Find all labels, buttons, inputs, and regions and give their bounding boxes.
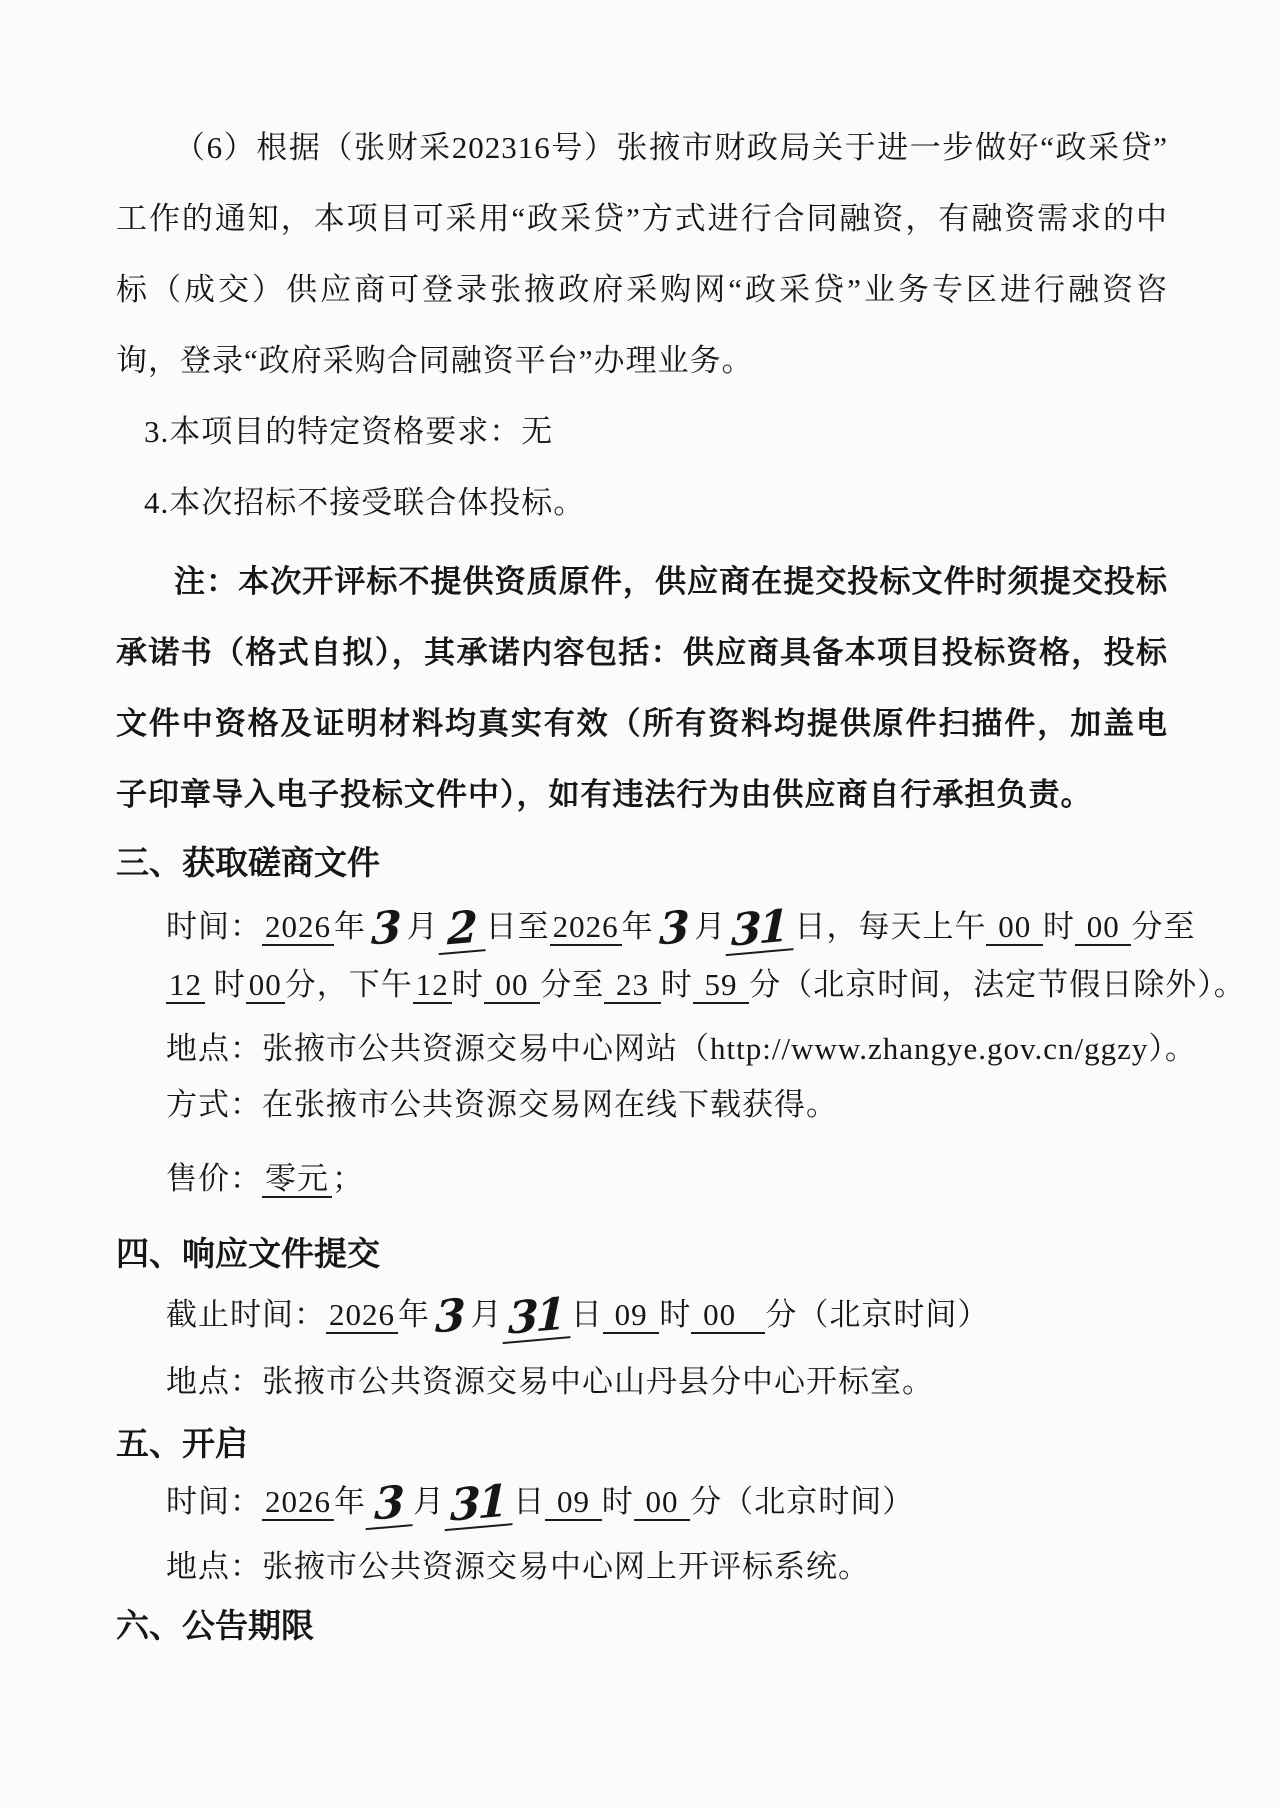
- underlined-value: 00: [986, 909, 1043, 946]
- underlined-value: 59: [693, 967, 750, 1004]
- section-heading-5: 五、开启: [116, 1421, 1168, 1467]
- handwritten-value: 3: [366, 905, 407, 953]
- underlined-value: 23: [604, 967, 661, 1004]
- line-text: 日，每天上午: [794, 909, 986, 944]
- underlined-value: 2026: [550, 909, 622, 946]
- underlined-value: 09: [545, 1484, 602, 1521]
- section5-location-line: 地点：张掖市公共资源交易中心网上开评标系统。: [166, 1543, 1168, 1591]
- line-text: 日: [571, 1297, 603, 1332]
- underlined-value: 2026: [262, 1484, 334, 1521]
- line-text: 日至: [486, 909, 550, 944]
- underlined-value: 00: [1075, 909, 1132, 946]
- line-text: 年: [334, 1484, 366, 1519]
- line-text: 截止时间：: [166, 1297, 326, 1332]
- line-text: 时: [661, 967, 693, 1002]
- handwritten-value: 31: [502, 1292, 571, 1344]
- underlined-value: 2026: [262, 909, 334, 946]
- line-text: 日: [513, 1484, 545, 1519]
- paragraph-clause-6: （6）根据（张财采202316号）张掖市财政局关于进一步做好“政采贷”工作的通知…: [116, 112, 1168, 396]
- line-text: 月: [413, 1484, 445, 1519]
- line-text: 月: [694, 909, 726, 944]
- underlined-value: 00: [691, 1297, 765, 1334]
- scanned-document: { "colors": { "paper": "#fbfbf9", "ink":…: [0, 0, 1280, 1809]
- underlined-value: 00: [484, 967, 541, 1004]
- list-item-4: 4.本次招标不接受联合体投标。: [144, 467, 1168, 538]
- line-text: 分至: [540, 967, 604, 1002]
- section-heading-3: 三、获取磋商文件: [116, 840, 1168, 886]
- line-text: 年: [622, 909, 654, 944]
- section4-location-line: 地点：张掖市公共资源交易中心山丹县分中心开标室。: [166, 1358, 1168, 1406]
- line-text: 售价：: [166, 1161, 262, 1196]
- underlined-value: 00: [634, 1484, 691, 1521]
- handwritten-value: 3: [430, 1293, 471, 1341]
- list-item-3: 3.本项目的特定资格要求：无: [144, 396, 1168, 467]
- line-text: 分（北京时间）: [765, 1297, 989, 1332]
- section-heading-6: 六、公告期限: [116, 1603, 1168, 1649]
- underlined-value: 2026: [326, 1297, 398, 1334]
- handwritten-value: 2: [438, 905, 486, 955]
- line-text: 时间：: [166, 1484, 262, 1519]
- line-text: 分，下午: [285, 967, 413, 1002]
- handwritten-value: 3: [366, 1480, 414, 1530]
- line-text: 时: [659, 1297, 691, 1332]
- line-text: 时: [205, 967, 246, 1002]
- section3-time-line-2: 12 时00分，下午12时 00 分至 23 时 59 分（北京时间，法定节假日…: [166, 961, 1168, 1009]
- line-text: 分（北京时间）: [690, 1484, 914, 1519]
- line-text: 月: [471, 1297, 503, 1332]
- line-text: 月: [407, 909, 439, 944]
- section3-location-line: 地点：张掖市公共资源交易中心网站（http://www.zhangye.gov.…: [166, 1025, 1168, 1073]
- line-text: 时: [452, 967, 484, 1002]
- handwritten-value: 31: [445, 1479, 514, 1531]
- section4-deadline-line: 截止时间：2026年3月31日 09 时 00 分（北京时间）: [166, 1291, 1168, 1341]
- section5-time-line: 时间：2026年3月31日 09 时 00 分（北京时间）: [166, 1478, 1168, 1528]
- line-text: 年: [334, 909, 366, 944]
- underlined-value: 12: [166, 967, 205, 1004]
- section-heading-4: 四、响应文件提交: [116, 1231, 1168, 1277]
- line-text: 时: [1043, 909, 1075, 944]
- line-text: 时间：: [166, 909, 262, 944]
- paragraph-note: 注：本次开评标不提供资质原件，供应商在提交投标文件时须提交投标承诺书（格式自拟）…: [116, 546, 1168, 830]
- underlined-value: 12: [413, 967, 452, 1004]
- underlined-value: 09: [603, 1297, 660, 1334]
- section3-method-line: 方式：在张掖市公共资源交易网在线下载获得。: [166, 1081, 1168, 1129]
- line-text: ；: [332, 1161, 364, 1196]
- underlined-value: 00: [246, 967, 285, 1004]
- line-text: 分至: [1131, 909, 1195, 944]
- line-text: 年: [398, 1297, 430, 1332]
- handwritten-value: 31: [726, 904, 795, 956]
- line-text: 分（北京时间，法定节假日除外）。: [749, 967, 1246, 1002]
- document-page: （6）根据（张财采202316号）张掖市财政局关于进一步做好“政采贷”工作的通知…: [0, 0, 1280, 1809]
- handwritten-value: 3: [653, 905, 694, 953]
- line-text: 时: [602, 1484, 634, 1519]
- underlined-value: 零元: [262, 1161, 332, 1198]
- section3-price-line: 售价：零元；: [166, 1155, 1168, 1203]
- section3-time-line-1: 时间：2026年3月2日至2026年3月31日，每天上午 00 时 00 分至: [166, 903, 1168, 953]
